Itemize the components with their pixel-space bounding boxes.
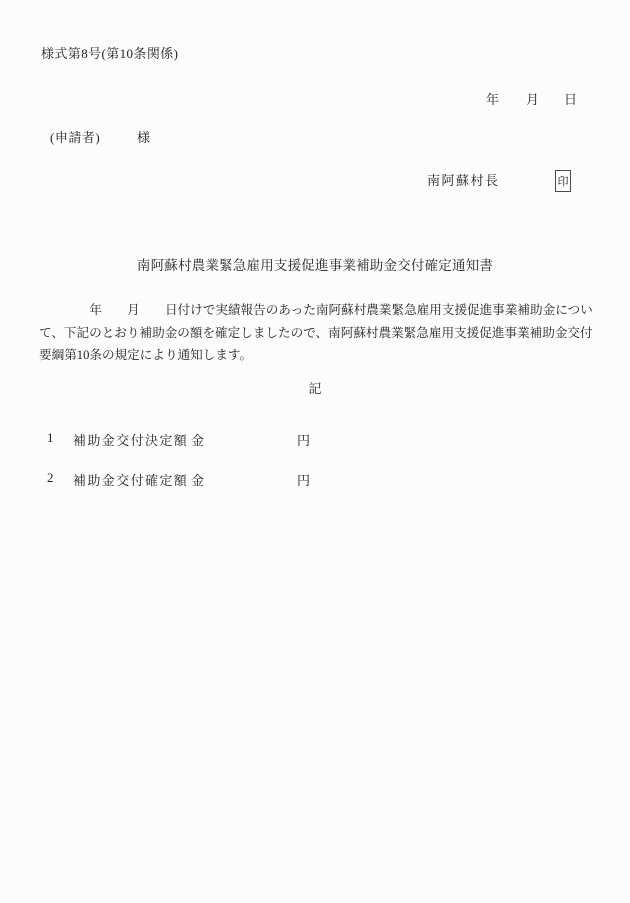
item-amount-prefix: 金 xyxy=(191,470,204,489)
addressee-honorific: 様 xyxy=(137,130,150,146)
record-marker: 記 xyxy=(0,381,630,397)
document-title: 南阿蘇村農業緊急雇用支援促進事業補助金交付確定通知書 xyxy=(0,258,630,275)
body-paragraph-line: 要綱第10条の規定により通知します。 xyxy=(39,348,252,364)
item-number: 1 xyxy=(47,430,54,446)
amount-item-row: 2 補助金交付確定額 金 円 xyxy=(0,470,630,488)
item-amount-unit: 円 xyxy=(297,430,310,449)
item-label: 補助金交付確定額 xyxy=(73,470,188,489)
date-year-label: 年 xyxy=(486,92,499,108)
document-page: 様式第8号(第10条関係) 年 月 日 (申請者) 様 南阿蘇村長 印 南阿蘇村… xyxy=(0,0,630,903)
item-label: 補助金交付決定額 xyxy=(73,430,188,449)
amount-item-row: 1 補助金交付決定額 金 円 xyxy=(0,430,630,448)
date-day-label: 日 xyxy=(564,92,577,108)
body-paragraph-line: て、下記のとおり補助金の額を確定しましたので、南阿蘇村農業緊急雇用支援促進事業補… xyxy=(39,326,593,342)
seal-placeholder-box: 印 xyxy=(555,170,571,192)
date-month-label: 月 xyxy=(526,92,539,108)
seal-mark: 印 xyxy=(558,173,569,189)
item-amount-unit: 円 xyxy=(297,470,310,489)
issuer-title: 南阿蘇村長 xyxy=(427,173,500,189)
item-number: 2 xyxy=(47,470,54,486)
form-number: 様式第8号(第10条関係) xyxy=(41,46,178,62)
addressee-applicant-label: (申請者) xyxy=(50,130,100,146)
item-amount-prefix: 金 xyxy=(191,430,204,449)
body-paragraph-line: 年 月 日付けで実績報告のあった南阿蘇村農業緊急雇用支援促進事業補助金につい xyxy=(39,303,593,319)
